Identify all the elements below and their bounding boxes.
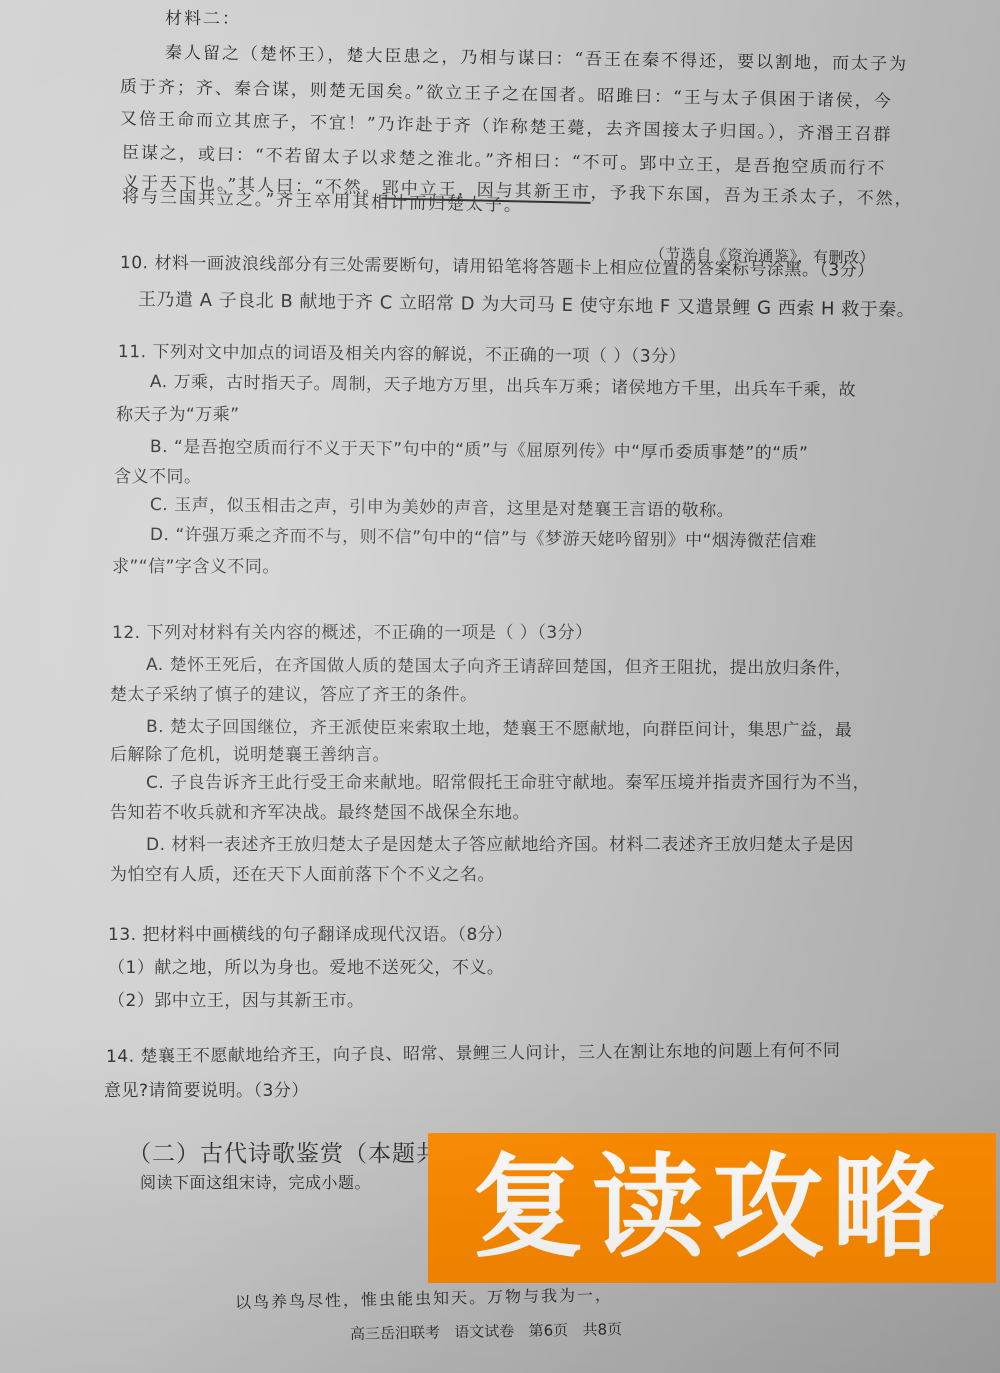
q14-stem: 14. 楚襄王不愿献地给齐王，向子良、昭常、景鲤三人问计，三人在割让东地的问题上…	[106, 1036, 841, 1067]
exam-page: 材料二： 秦人留之（楚怀王），楚大臣患之，乃相与谋曰：“吾王在秦不得还，要以割地…	[0, 0, 1000, 1373]
q12-option-a-cont: 楚太子采纳了慎子的建议，答应了齐王的条件。	[110, 680, 478, 705]
q12-option-c-cont: 告知若不收兵就和齐军决战。最终楚国不战保全东地。	[110, 798, 530, 823]
q11-option-b: B. “是吾抱空质而行不义于天下”句中的“质”与《屈原列传》中“厚币委质事楚”的…	[150, 432, 809, 464]
q12-option-c: C. 子良告诉齐王此行受王命来献地。昭常假托王命驻守献地。秦军压境并指责齐国行为…	[146, 768, 870, 793]
q13-stem: 13. 把材料中画横线的句子翻译成现代汉语。（8分）	[108, 920, 513, 945]
q11-option-d-cont: 求”“信”字含义不同。	[112, 552, 280, 577]
q11-option-d: D. “许强万乘之齐而不与，则不信”句中的“信”与《梦游天姥吟留别》中“烟涛微茫…	[150, 520, 817, 552]
q11-option-b-cont: 含义不同。	[114, 462, 202, 487]
q11-stem: 11. 下列对文中加点的词语及相关内容的解说，不正确的一项（ ）（3分）	[118, 337, 686, 367]
footer-subject: 语文试卷	[454, 1322, 514, 1341]
q13-item-1: （1）献之地，所以为身也。爱地不送死父，不义。	[108, 953, 504, 978]
q12-option-d: D. 材料一表述齐王放归楚太子是因楚太子答应献地给齐国。材料二表述齐王放归楚太子…	[146, 830, 854, 855]
section-instruction: 阅读下面这组宋诗，完成小题。	[140, 1170, 371, 1193]
q11-option-c: C. 玉声，似玉相击之声，引申为美妙的声音，这里是对楚襄王言语的敬称。	[150, 490, 734, 521]
footer-exam: 高三岳汨联考	[350, 1323, 440, 1343]
footer-total: 共8页	[582, 1320, 622, 1339]
footer-page: 第6页	[528, 1321, 568, 1340]
passage-line: 秦人留之（楚怀王），楚大臣患之，乃相与谋曰：“吾王在秦不得还，要以割地，而太子为	[165, 38, 909, 75]
q12-option-d-cont: 为怕空有人质，还在天下人面前落下个不义之名。	[110, 860, 495, 885]
q12-option-b: B. 楚太子回国继位，齐王派使臣来索取土地，楚襄王不愿献地，向群臣问计，集思广益…	[146, 712, 853, 741]
material2-label: 材料二：	[165, 4, 241, 30]
watermark-banner: 复读攻略	[428, 1133, 996, 1283]
q13-item-2: （2）郢中立王，因与其新王市。	[108, 986, 364, 1011]
section-heading: （二）古代诗歌鉴赏（本题共	[128, 1135, 440, 1168]
passage-text: ，予我下东国，吾为王杀太子，不然，	[591, 183, 914, 210]
q12-option-a: A. 楚怀王死后，在齐国做人质的楚国太子向齐王请辞回楚国，但齐王阻扰，提出放归条…	[146, 650, 852, 679]
poem-line: 以鸟养鸟尽性，惟虫能虫知天。万物与我为一，	[235, 1282, 613, 1313]
watermark-text: 复读攻略	[472, 1152, 952, 1264]
page-footer: 高三岳汨联考 语文试卷 第6页 共8页	[350, 1318, 622, 1344]
q12-option-b-cont: 后解除了危机，说明楚襄王善纳言。	[110, 740, 390, 765]
q14-stem-cont: 意见?请简要说明。（3分）	[104, 1076, 309, 1101]
q11-option-a: A. 万乘，古时指天子。周制，天子地方万里，出兵车万乘；诸侯地方千里，出兵车千乘…	[150, 367, 856, 401]
q10-sentence: 王乃遣 A 子良北 B 献地于齐 C 立昭常 D 为大司马 E 使守东地 F 又…	[138, 285, 916, 322]
q12-stem: 12. 下列对材料有关内容的概述，不正确的一项是（ ）（3分）	[112, 618, 593, 643]
passage-line: 又倍王命而立其庶子，不宜！”乃诈赴于齐（诈称楚王薨，去齐国接太子归国。），齐湣王…	[120, 104, 893, 145]
passage-source: （节选自《资治通鉴》，有删改）	[650, 243, 875, 268]
q11-option-a-cont: 称天子为“万乘”	[116, 400, 240, 425]
